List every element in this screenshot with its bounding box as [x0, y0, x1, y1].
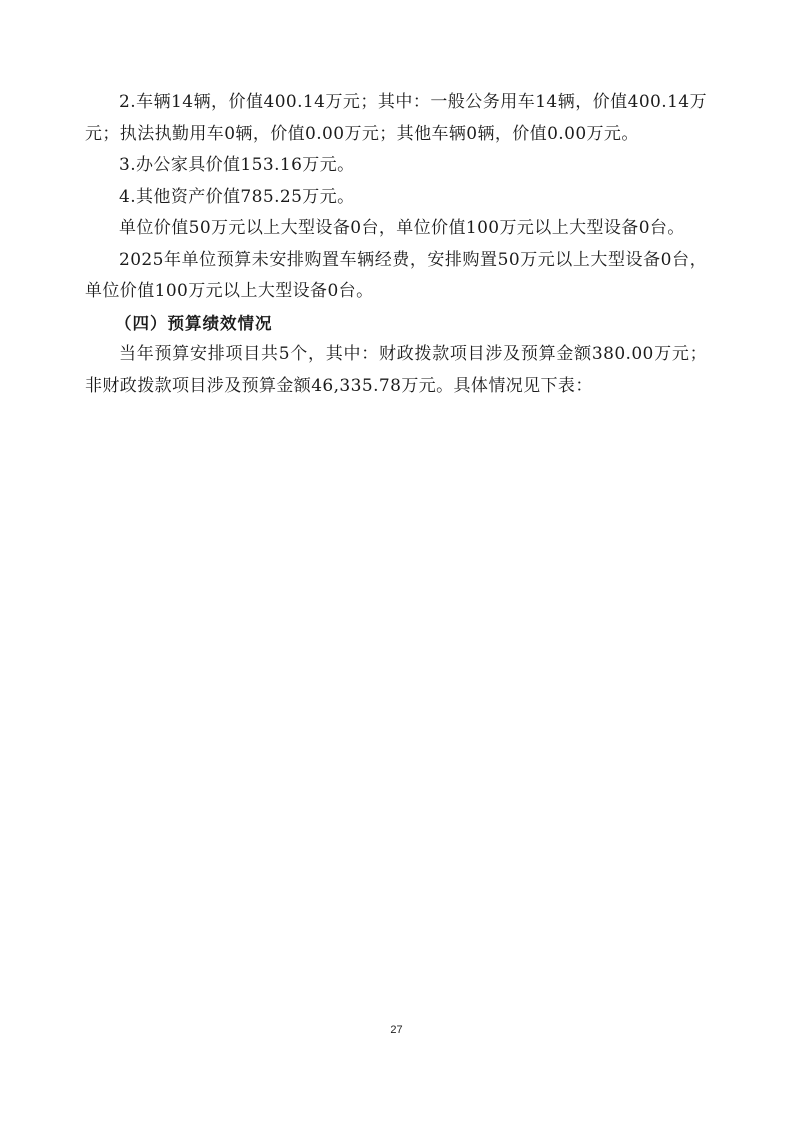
paragraph-vehicles: 2.车辆14辆，价值400.14万元；其中：一般公务用车14辆，价值400.14… — [85, 87, 707, 150]
paragraph-budget-projects: 当年预算安排项目共5个，其中：财政拨款项目涉及预算金额380.00万元；非财政拨… — [85, 339, 707, 402]
document-body: 2.车辆14辆，价值400.14万元；其中：一般公务用车14辆，价值400.14… — [85, 87, 707, 402]
paragraph-2025-budget-purchase: 2025年单位预算未安排购置车辆经费，安排购置50万元以上大型设备0台，单位价值… — [85, 245, 707, 308]
page-number: 27 — [0, 1024, 793, 1036]
section-heading-budget-performance: （四）预算绩效情况 — [85, 308, 707, 340]
paragraph-other-assets: 4.其他资产价值785.25万元。 — [85, 182, 707, 214]
paragraph-large-equipment: 单位价值50万元以上大型设备0台，单位价值100万元以上大型设备0台。 — [85, 213, 707, 245]
paragraph-office-furniture: 3.办公家具价值153.16万元。 — [85, 150, 707, 182]
